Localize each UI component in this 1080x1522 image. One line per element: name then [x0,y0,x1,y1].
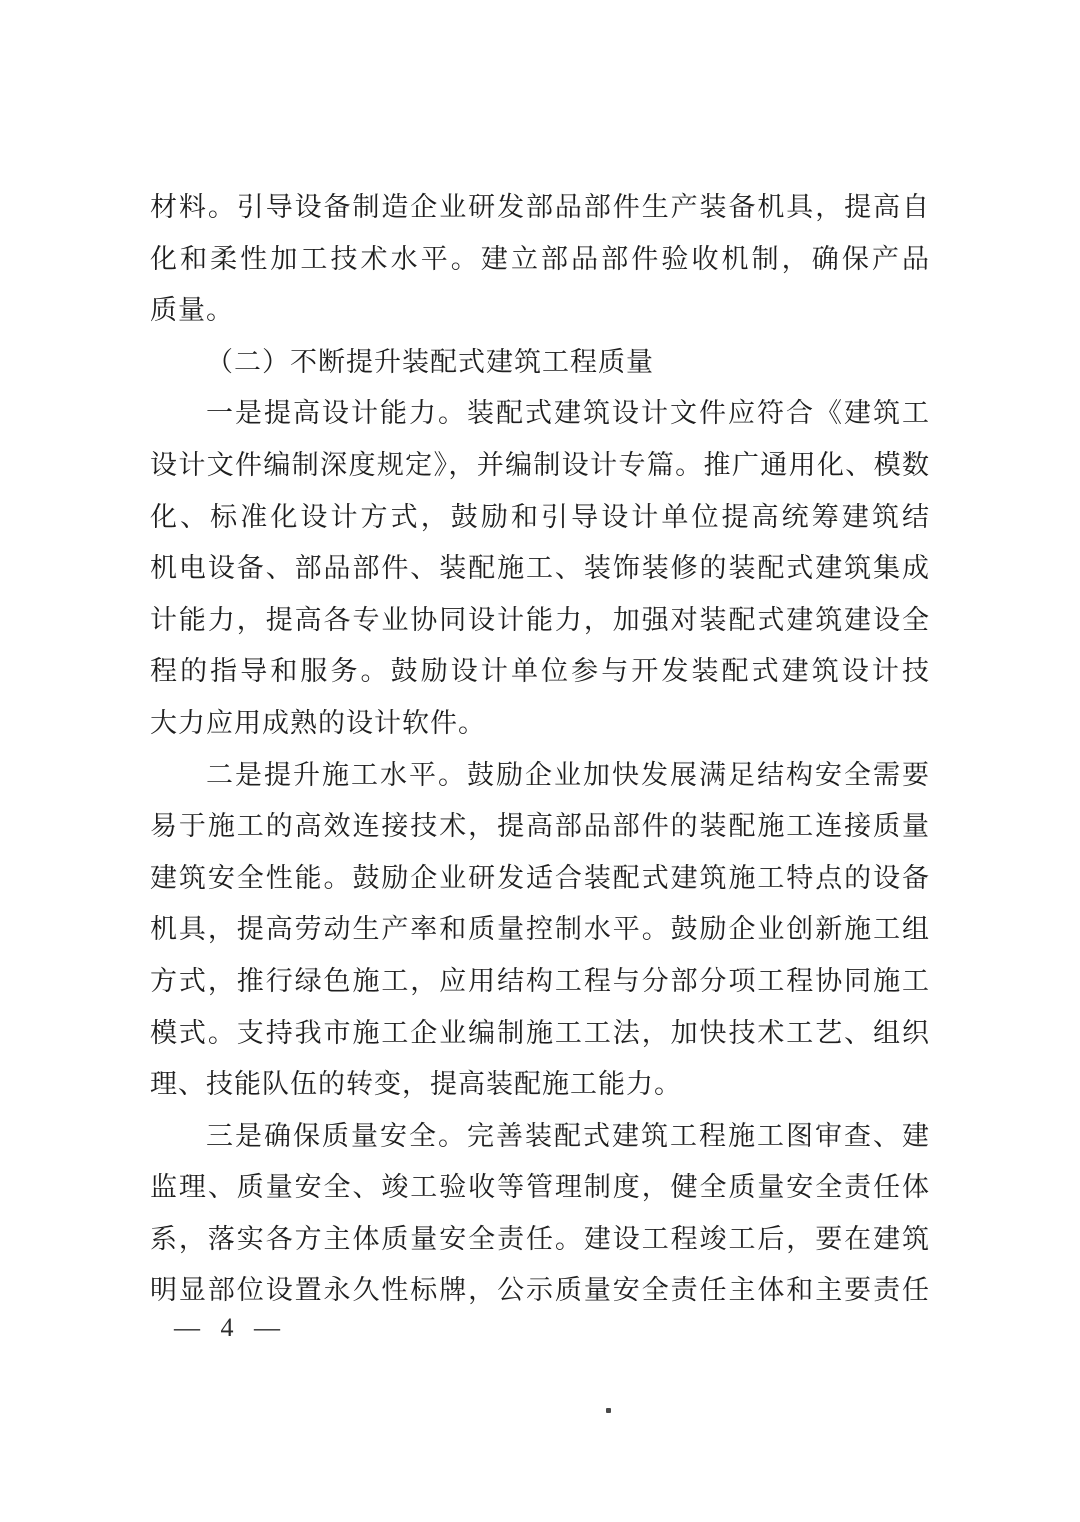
text-line: 质量。 [150,285,930,337]
text-line: 模式。支持我市施工企业编制施工工法，加快技术工艺、组织管 [150,1008,930,1060]
text-line: 程的指导和服务。鼓励设计单位参与开发装配式建筑设计技术， [150,646,930,698]
text-line: 理、技能队伍的转变，提高装配施工能力。 [150,1059,930,1111]
text-line: 三是确保质量安全。完善装配式建筑工程施工图审查、建设 [150,1111,930,1163]
section-heading: （二）不断提升装配式建筑工程质量 [150,337,930,389]
document-page: 材料。引导设备制造企业研发部品部件生产装备机具，提高自动 化和柔性加工技术水平。… [0,0,1080,1522]
text-line: 机电设备、部品部件、装配施工、装饰装修的装配式建筑集成设 [150,543,930,595]
page-footer: — 4 — [174,1312,280,1344]
scan-speck [606,1408,611,1413]
text-line: 方式，推行绿色施工，应用结构工程与分部分项工程协同施工新 [150,956,930,1008]
text-line: 一是提高设计能力。装配式建筑设计文件应符合《建筑工程 [150,388,930,440]
text-line: 设计文件编制深度规定》，并编制设计专篇。推广通用化、模数 [150,440,930,492]
text-line: 化、标准化设计方式，鼓励和引导设计单位提高统筹建筑结构、 [150,492,930,544]
text-line: 明显部位设置永久性标牌，公示质量安全责任主体和主要责任 [150,1265,930,1317]
text-line: 材料。引导设备制造企业研发部品部件生产装备机具，提高自动 [150,182,930,234]
text-line: 易于施工的高效连接技术，提高部品部件的装配施工连接质量和 [150,801,930,853]
text-line: 建筑安全性能。鼓励企业研发适合装配式建筑施工特点的设备和 [150,853,930,905]
text-line: 计能力，提高各专业协同设计能力，加强对装配式建筑建设全过 [150,595,930,647]
text-line: 监理、质量安全、竣工验收等管理制度，健全质量安全责任体 [150,1162,930,1214]
text-line: 大力应用成熟的设计软件。 [150,698,930,750]
text-line: 机具，提高劳动生产率和质量控制水平。鼓励企业创新施工组织 [150,904,930,956]
text-line: 系，落实各方主体质量安全责任。建设工程竣工后，要在建筑物 [150,1214,930,1266]
text-line: 二是提升施工水平。鼓励企业加快发展满足结构安全需要并 [150,750,930,802]
page-number: — 4 — [174,1313,280,1342]
text-line: 化和柔性加工技术水平。建立部品部件验收机制，确保产品 [150,234,930,286]
document-body: 材料。引导设备制造企业研发部品部件生产装备机具，提高自动 化和柔性加工技术水平。… [150,182,930,1317]
